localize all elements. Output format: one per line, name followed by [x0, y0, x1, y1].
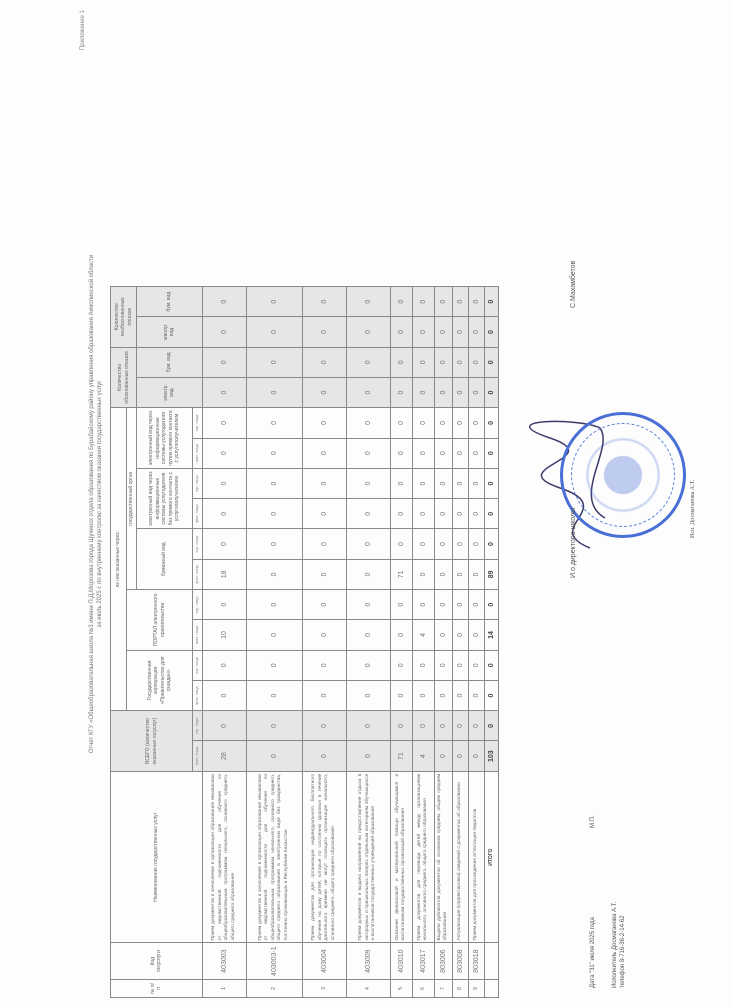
- total-value: 14: [484, 620, 498, 650]
- row-number: 6: [412, 979, 434, 997]
- table-row: 6403017Прием документов для перевода дет…: [412, 287, 434, 998]
- service-name: Оказание финансовой и материальной помощ…: [390, 771, 412, 943]
- total-value: 0: [484, 650, 498, 680]
- value-cell: 0: [452, 377, 468, 407]
- executor: Исполнитель Досмаганова А.Т.: [612, 902, 618, 988]
- value-cell: 0: [390, 529, 412, 559]
- value-cell: 4: [412, 620, 434, 650]
- value-cell: 0: [346, 741, 390, 771]
- value-cell: 0: [246, 468, 302, 498]
- phone: телефон 8-716-36-2-14-62: [620, 915, 626, 988]
- sub-jur: юр. лица: [193, 408, 203, 438]
- header-unfounded-refusals: Количество необоснованных отказов: [111, 287, 137, 348]
- row-number: 4: [346, 979, 390, 997]
- total-value: 0: [484, 287, 498, 317]
- row-number: 5: [390, 979, 412, 997]
- value-cell: 0: [412, 438, 434, 468]
- header-name: Наименование государственных услуг: [111, 771, 203, 943]
- value-cell: 0: [434, 620, 452, 650]
- value-cell: 0: [468, 680, 484, 710]
- table-row: 2403003-1Прием документов и зачисление в…: [246, 287, 302, 998]
- value-cell: 0: [412, 650, 434, 680]
- value-cell: 0: [302, 559, 346, 589]
- value-cell: 0: [468, 347, 484, 377]
- value-cell: 0: [246, 317, 302, 347]
- value-cell: 0: [302, 680, 346, 710]
- value-cell: 0: [346, 499, 390, 529]
- value-cell: 0: [346, 529, 390, 559]
- value-cell: 0: [412, 590, 434, 620]
- value-cell: 0: [468, 438, 484, 468]
- value-cell: 0: [390, 438, 412, 468]
- header-electronic-no-contact: электронный вид через информационные сис…: [137, 468, 193, 529]
- value-cell: 0: [246, 438, 302, 468]
- value-cell: 0: [390, 711, 412, 741]
- header-unfounded-electronic: электр. вид: [137, 317, 203, 347]
- value-cell: 0: [468, 529, 484, 559]
- total-value: 0: [484, 408, 498, 438]
- value-cell: 0: [302, 408, 346, 438]
- value-cell: 0: [468, 650, 484, 680]
- title-line-2: за июль 2025 г. по внутреннему контролю …: [96, 0, 104, 1008]
- total-row: ИТОГО10300014089000000000: [484, 287, 498, 998]
- value-cell: 0: [202, 499, 246, 529]
- value-cell: 0: [390, 317, 412, 347]
- total-value: 0: [484, 468, 498, 498]
- value-cell: 0: [390, 620, 412, 650]
- value-cell: 0: [434, 499, 452, 529]
- value-cell: 0: [346, 650, 390, 680]
- header-issued-paper: бум. вид: [137, 347, 203, 377]
- scanned-page: Приложение 1 Отчет КГУ «Общеобразователь…: [0, 0, 732, 1008]
- value-cell: 0: [346, 317, 390, 347]
- service-code: 403003: [202, 943, 246, 979]
- value-cell: 0: [302, 377, 346, 407]
- value-cell: 0: [202, 650, 246, 680]
- value-cell: 0: [390, 468, 412, 498]
- header-gov-corp: Государственная корпорация «Правительств…: [127, 650, 193, 711]
- value-cell: 0: [468, 620, 484, 650]
- header-num: № п/п: [111, 979, 203, 997]
- value-cell: 0: [390, 408, 412, 438]
- value-cell: 0: [412, 559, 434, 589]
- service-name: Прием документов и зачисление в организа…: [202, 771, 246, 943]
- value-cell: 0: [346, 468, 390, 498]
- value-cell: 0: [468, 377, 484, 407]
- row-number: 1: [202, 979, 246, 997]
- title-line-1: Отчет КГУ «Общеобразовательная школа №3 …: [89, 255, 95, 753]
- value-cell: 0: [390, 590, 412, 620]
- value-cell: 0: [412, 287, 434, 317]
- value-cell: 0: [246, 499, 302, 529]
- value-cell: 0: [246, 529, 302, 559]
- value-cell: 0: [452, 680, 468, 710]
- value-cell: 0: [302, 590, 346, 620]
- value-cell: 0: [302, 317, 346, 347]
- table-row: 1403003Прием документов и зачисление в о…: [202, 287, 246, 998]
- value-cell: 0: [346, 711, 390, 741]
- value-cell: 0: [452, 711, 468, 741]
- value-cell: 0: [452, 287, 468, 317]
- value-cell: 0: [434, 711, 452, 741]
- value-cell: 0: [302, 620, 346, 650]
- value-cell: 0: [246, 287, 302, 317]
- value-cell: 0: [468, 317, 484, 347]
- value-cell: 0: [452, 590, 468, 620]
- value-cell: 0: [434, 377, 452, 407]
- value-cell: 0: [246, 347, 302, 377]
- value-cell: 0: [346, 287, 390, 317]
- service-name: Прием документов и зачисление в организа…: [246, 771, 302, 943]
- value-cell: 0: [246, 620, 302, 650]
- header-issued-electronic: электр. вид: [137, 377, 203, 407]
- service-code: 803018: [468, 943, 484, 979]
- value-cell: 0: [468, 559, 484, 589]
- total-value: 103: [484, 741, 498, 771]
- report-title: Отчет КГУ «Общеобразовательная школа №3 …: [88, 0, 104, 1008]
- sub-phys: физ. лица: [193, 680, 203, 710]
- service-code: 403017: [412, 943, 434, 979]
- row-number: 3: [302, 979, 346, 997]
- value-cell: 0: [468, 468, 484, 498]
- value-cell: 0: [452, 529, 468, 559]
- value-cell: 0: [434, 438, 452, 468]
- value-cell: 0: [302, 499, 346, 529]
- annex-label: Приложение 1: [80, 10, 86, 50]
- value-cell: 0: [412, 408, 434, 438]
- total-value: 0: [484, 317, 498, 347]
- value-cell: 0: [468, 741, 484, 771]
- director-name: С.Махамбетов: [570, 261, 577, 308]
- value-cell: 0: [246, 559, 302, 589]
- value-cell: 0: [302, 711, 346, 741]
- value-cell: 0: [468, 499, 484, 529]
- value-cell: 0: [468, 711, 484, 741]
- value-cell: 0: [468, 590, 484, 620]
- official-stamp: [560, 412, 686, 538]
- service-code: 403009: [346, 943, 390, 979]
- value-cell: 10: [202, 620, 246, 650]
- value-cell: 0: [412, 711, 434, 741]
- service-name: Актуализация (корректировка) сведений о …: [452, 771, 468, 943]
- sub-phys: физ. лица: [193, 620, 203, 650]
- value-cell: 0: [434, 347, 452, 377]
- sub-phys: физ. лица: [193, 741, 203, 771]
- value-cell: 0: [202, 590, 246, 620]
- service-code: 403010: [390, 943, 412, 979]
- total-value: 89: [484, 559, 498, 589]
- value-cell: 0: [468, 287, 484, 317]
- table-row: 4403009Прием документов и выдача направл…: [346, 287, 390, 998]
- value-cell: 0: [202, 711, 246, 741]
- value-cell: 0: [434, 529, 452, 559]
- value-cell: 0: [452, 317, 468, 347]
- value-cell: 0: [246, 377, 302, 407]
- value-cell: 18: [202, 559, 246, 589]
- value-cell: 0: [434, 408, 452, 438]
- value-cell: 28: [202, 741, 246, 771]
- table-row: 9803018Прием документов для прохождения …: [468, 287, 484, 998]
- value-cell: 4: [412, 741, 434, 771]
- total-value: 0: [484, 377, 498, 407]
- value-cell: 0: [452, 650, 468, 680]
- value-cell: 0: [412, 680, 434, 710]
- value-cell: 0: [434, 590, 452, 620]
- header-paper: бумажный вид: [137, 529, 193, 590]
- value-cell: 0: [434, 650, 452, 680]
- rotated-document: Приложение 1 Отчет КГУ «Общеобразователь…: [0, 0, 732, 1008]
- service-name: Прием документов и выдача направлений на…: [346, 771, 390, 943]
- value-cell: 0: [434, 317, 452, 347]
- value-cell: 0: [452, 559, 468, 589]
- sub-phys: физ. лица: [193, 499, 203, 529]
- sub-jur: юр. лица: [193, 529, 203, 559]
- value-cell: 0: [202, 468, 246, 498]
- value-cell: 0: [434, 559, 452, 589]
- header-egov: ПОРТАЛ электронного правительства: [127, 590, 193, 651]
- value-cell: 0: [346, 590, 390, 620]
- value-cell: 0: [412, 468, 434, 498]
- value-cell: 0: [452, 408, 468, 438]
- value-cell: 0: [202, 347, 246, 377]
- value-cell: 0: [302, 287, 346, 317]
- value-cell: 0: [346, 559, 390, 589]
- value-cell: 0: [412, 499, 434, 529]
- header-provided-via: из них оказанных через:: [111, 408, 127, 711]
- sub-jur: юр. лица: [193, 590, 203, 620]
- executor-small: Исп. Досмаганова А.Т.: [690, 480, 696, 538]
- blank-cell: [484, 979, 498, 997]
- value-cell: 71: [390, 559, 412, 589]
- value-cell: 0: [202, 377, 246, 407]
- value-cell: 0: [412, 347, 434, 377]
- value-cell: 0: [434, 741, 452, 771]
- director-label: И.о.директора школы: [570, 508, 577, 578]
- value-cell: 0: [202, 287, 246, 317]
- table-row: 3403004Прием документов для организации …: [302, 287, 346, 998]
- date-line: Дата "31" июля 2025 года: [590, 917, 596, 988]
- total-label: ИТОГО: [484, 771, 498, 943]
- service-name: Прием документов для прохождения аттеста…: [468, 771, 484, 943]
- value-cell: 0: [202, 529, 246, 559]
- sub-jur: юр. лица: [193, 711, 203, 741]
- total-value: 0: [484, 438, 498, 468]
- value-cell: 0: [202, 408, 246, 438]
- service-name: Прием документов для перевода детей межд…: [412, 771, 434, 943]
- value-cell: 0: [468, 408, 484, 438]
- value-cell: 0: [390, 287, 412, 317]
- row-number: 2: [246, 979, 302, 997]
- value-cell: 0: [434, 287, 452, 317]
- header-unfounded-paper: бум. вид: [137, 287, 203, 317]
- sub-jur: юр. лица: [193, 468, 203, 498]
- value-cell: 71: [390, 741, 412, 771]
- table-row: 7803006Выдача дубликатов документов об о…: [434, 287, 452, 998]
- value-cell: 0: [346, 408, 390, 438]
- total-value: 0: [484, 499, 498, 529]
- total-value: 0: [484, 529, 498, 559]
- value-cell: 0: [390, 499, 412, 529]
- value-cell: 0: [202, 680, 246, 710]
- header-total: ВСЕГО (количество оказанных госуслуг): [111, 711, 193, 772]
- value-cell: 0: [452, 620, 468, 650]
- value-cell: 0: [302, 468, 346, 498]
- value-cell: 0: [346, 620, 390, 650]
- value-cell: 0: [346, 438, 390, 468]
- value-cell: 0: [390, 680, 412, 710]
- value-cell: 0: [302, 529, 346, 559]
- row-number: 8: [452, 979, 468, 997]
- value-cell: 0: [246, 680, 302, 710]
- value-cell: 0: [346, 680, 390, 710]
- service-code: 403004: [302, 943, 346, 979]
- value-cell: 0: [434, 680, 452, 710]
- value-cell: 0: [412, 377, 434, 407]
- header-code: Код госуслуги: [111, 943, 203, 979]
- value-cell: 0: [246, 741, 302, 771]
- blank-cell: [484, 943, 498, 979]
- value-cell: 0: [452, 468, 468, 498]
- value-cell: 0: [302, 650, 346, 680]
- service-code: 803006: [434, 943, 452, 979]
- value-cell: 0: [302, 438, 346, 468]
- header-issued-refusals: Количество обоснованных отказов: [111, 347, 137, 408]
- value-cell: 0: [390, 377, 412, 407]
- header-state-body: государственный орган: [127, 408, 137, 590]
- row-number: 7: [434, 979, 452, 997]
- value-cell: 0: [246, 711, 302, 741]
- service-name: Прием документов для организации индивид…: [302, 771, 346, 943]
- total-value: 0: [484, 590, 498, 620]
- header-electronic-contact: электронный вид через информационные сис…: [137, 408, 193, 469]
- service-code: 803008: [452, 943, 468, 979]
- value-cell: 0: [302, 741, 346, 771]
- sub-phys: физ. лица: [193, 438, 203, 468]
- total-value: 0: [484, 680, 498, 710]
- mp-label: М.П.: [590, 815, 596, 828]
- value-cell: 0: [452, 499, 468, 529]
- value-cell: 0: [412, 317, 434, 347]
- sub-phys: физ. лица: [193, 559, 203, 589]
- value-cell: 0: [452, 741, 468, 771]
- value-cell: 0: [202, 438, 246, 468]
- table-row: 5403010Оказание финансовой и материально…: [390, 287, 412, 998]
- sub-jur: юр. лица: [193, 650, 203, 680]
- value-cell: 0: [390, 650, 412, 680]
- report-table: № п/п Код госуслуги Наименование государ…: [110, 286, 499, 998]
- value-cell: 0: [452, 438, 468, 468]
- value-cell: 0: [434, 468, 452, 498]
- row-number: 9: [468, 979, 484, 997]
- value-cell: 0: [246, 408, 302, 438]
- value-cell: 0: [452, 347, 468, 377]
- total-value: 0: [484, 711, 498, 741]
- table-row: 8803008Актуализация (корректировка) свед…: [452, 287, 468, 998]
- value-cell: 0: [412, 529, 434, 559]
- total-value: 0: [484, 347, 498, 377]
- value-cell: 0: [202, 317, 246, 347]
- service-name: Выдача дубликатов документов об основном…: [434, 771, 452, 943]
- value-cell: 0: [302, 347, 346, 377]
- value-cell: 0: [346, 347, 390, 377]
- service-code: 403003-1: [246, 943, 302, 979]
- value-cell: 0: [346, 377, 390, 407]
- value-cell: 0: [246, 650, 302, 680]
- value-cell: 0: [246, 590, 302, 620]
- value-cell: 0: [390, 347, 412, 377]
